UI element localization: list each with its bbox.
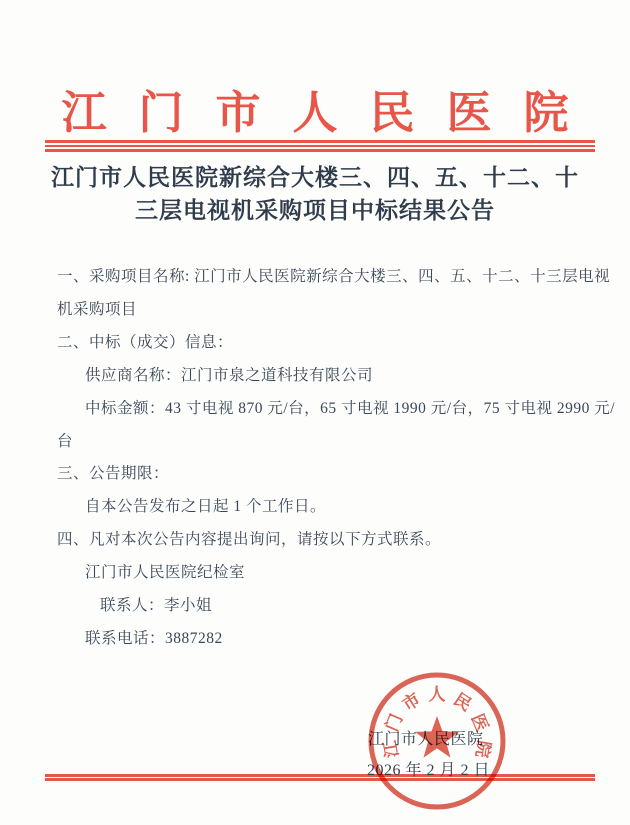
letterhead-divider [45,140,595,152]
footer-divider [45,774,595,781]
seal-char: 人 [429,685,446,704]
document-title-line2: 三层电视机采购项目中标结果公告 [0,194,630,227]
notice-body: 一、采购项目名称: 江门市人民医院新综合大楼三、四、五、十二、十三层电视 机采购… [57,261,591,656]
divider-line-thick-bottom [45,149,595,152]
body-line: 联系电话：3887282 [57,623,591,656]
body-line: 四、凡对本次公告内容提出询问，请按以下方式联系。 [57,524,591,557]
body-line: 三、公告期限： [57,458,591,491]
body-line: 中标金额：43 寸电视 870 元/台，65 寸电视 1990 元/台，75 寸… [57,393,591,426]
body-line: 台 [57,426,591,459]
signoff-date: 2026 年 2 月 2 日 [367,757,490,780]
footer-line-bottom [45,778,595,781]
body-line: 联系人：李小姐 [57,590,591,623]
body-line: 江门市人民医院纪检室 [57,557,591,590]
seal-char: 民 [450,690,475,715]
body-line: 自本公告发布之日起 1 个工作日。 [57,491,591,524]
document-title-line1: 江门市人民医院新综合大楼三、四、五、十二、十 [0,161,630,194]
body-line: 二、中标（成交）信息： [57,327,591,360]
body-line: 供应商名称：江门市泉之道科技有限公司 [57,360,591,393]
letterhead-hospital-name: 江门市人民医院 [0,76,630,141]
body-line: 一、采购项目名称: 江门市人民医院新综合大楼三、四、五、十二、十三层电视 [57,261,591,294]
document-page: 江门市人民医院 江门市人民医院新综合大楼三、四、五、十二、十 三层电视机采购项目… [0,0,630,825]
signoff-organization: 江门市人民医院 [368,726,484,749]
seal-char: 市 [399,689,424,715]
body-line: 机采购项目 [57,294,591,327]
document-title: 江门市人民医院新综合大楼三、四、五、十二、十 三层电视机采购项目中标结果公告 [0,161,630,227]
